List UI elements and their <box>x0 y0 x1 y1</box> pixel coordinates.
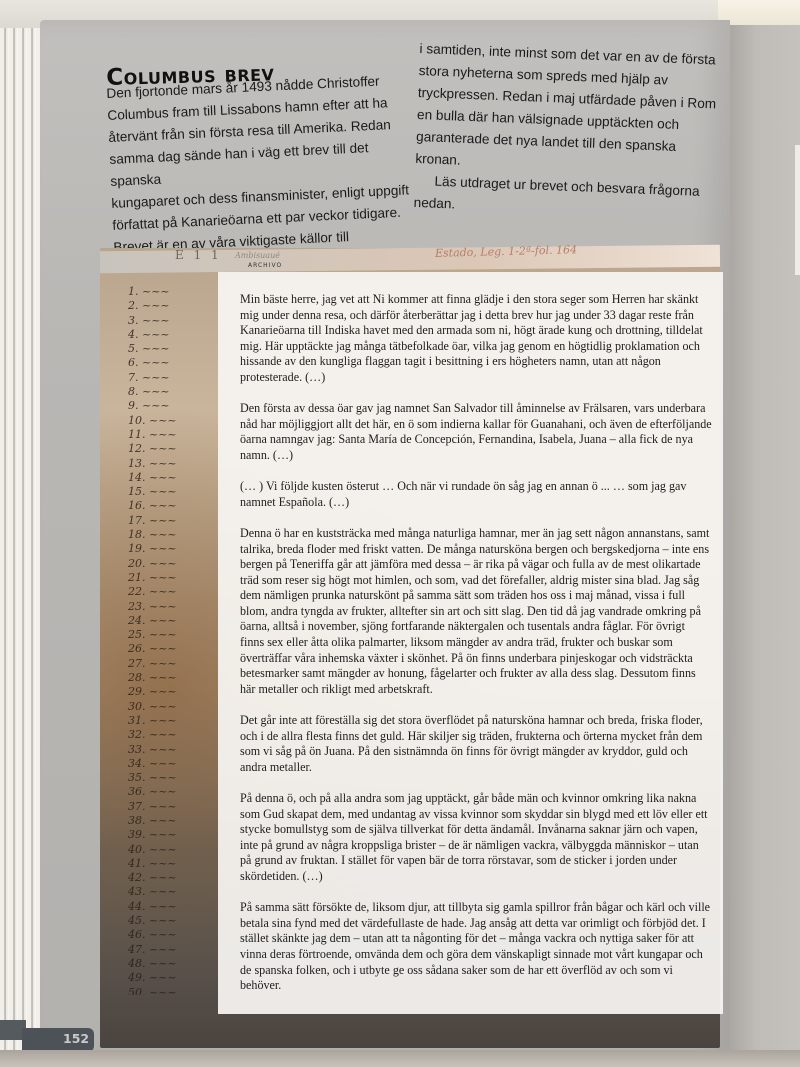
manuscript-line-number: 1. ~~~ <box>128 285 218 299</box>
manuscript-line-number: 21. ~~~ <box>128 571 218 585</box>
manuscript-line-number: 47. ~~~ <box>128 943 218 957</box>
manuscript-line-number: 32. ~~~ <box>128 728 218 742</box>
manuscript-line-number: 46. ~~~ <box>128 928 218 942</box>
manuscript-line-number: 29. ~~~ <box>128 685 218 699</box>
manuscript-line-number: 33. ~~~ <box>128 743 218 757</box>
facing-page-box <box>795 145 800 275</box>
manuscript-line-number: 13. ~~~ <box>128 457 218 471</box>
intro-column-right: i samtiden, inte minst som det var en av… <box>413 38 720 225</box>
letter-translation: Min bäste herre, jag vet att Ni kommer a… <box>240 292 712 1009</box>
manuscript-line-number: 31. ~~~ <box>128 714 218 728</box>
manuscript-line-number: 30. ~~~ <box>128 700 218 714</box>
archive-mark: E 1 1 <box>175 248 222 262</box>
manuscript-line-number: 3. ~~~ <box>128 314 218 328</box>
manuscript-line-number: 35. ~~~ <box>128 771 218 785</box>
manuscript-line-number: 11. ~~~ <box>128 428 218 442</box>
manuscript-line-number: 24. ~~~ <box>128 614 218 628</box>
manuscript-line-number: 15. ~~~ <box>128 485 218 499</box>
manuscript-line-number: 9. ~~~ <box>128 399 218 413</box>
manuscript-line-number: 14. ~~~ <box>128 471 218 485</box>
manuscript-line-number: 6. ~~~ <box>128 356 218 370</box>
manuscript-line-number: 49. ~~~ <box>128 971 218 985</box>
manuscript-handwriting: 1. ~~~2. ~~~3. ~~~4. ~~~5. ~~~6. ~~~7. ~… <box>128 285 218 995</box>
manuscript-line-number: 18. ~~~ <box>128 528 218 542</box>
letter-paragraph: På samma sätt försökte de, liksom djur, … <box>240 900 712 994</box>
manuscript-line-number: 28. ~~~ <box>128 671 218 685</box>
manuscript-line-number: 17. ~~~ <box>128 514 218 528</box>
manuscript-line-number: 34. ~~~ <box>128 757 218 771</box>
manuscript-line-number: 27. ~~~ <box>128 657 218 671</box>
manuscript-line-number: 41. ~~~ <box>128 857 218 871</box>
manuscript-line-number: 16. ~~~ <box>128 499 218 513</box>
archive-signature: Ambisuaué <box>235 251 280 260</box>
manuscript-line-number: 5. ~~~ <box>128 342 218 356</box>
manuscript-line-number: 38. ~~~ <box>128 814 218 828</box>
manuscript-line-number: 10. ~~~ <box>128 414 218 428</box>
manuscript-line-number: 2. ~~~ <box>128 299 218 313</box>
letter-paragraph: Denna ö har en kuststräcka med många nat… <box>240 526 712 698</box>
manuscript-line-number: 40. ~~~ <box>128 843 218 857</box>
manuscript-line-number: 19. ~~~ <box>128 542 218 556</box>
page-number: 152 <box>63 1031 89 1046</box>
manuscript-line-number: 43. ~~~ <box>128 885 218 899</box>
facing-page <box>728 25 800 1067</box>
manuscript-line-number: 44. ~~~ <box>128 900 218 914</box>
manuscript-line-number: 23. ~~~ <box>128 600 218 614</box>
manuscript-line-number: 26. ~~~ <box>128 642 218 656</box>
manuscript-line-number: 12. ~~~ <box>128 442 218 456</box>
letter-paragraph: Min bäste herre, jag vet att Ni kommer a… <box>240 292 712 386</box>
manuscript-line-number: 50. ~~~ <box>128 986 218 995</box>
manuscript-line-number: 8. ~~~ <box>128 385 218 399</box>
manuscript-line-number: 42. ~~~ <box>128 871 218 885</box>
manuscript-line-number: 7. ~~~ <box>128 371 218 385</box>
book-page-edges <box>0 28 42 1067</box>
manuscript-line-number: 4. ~~~ <box>128 328 218 342</box>
letter-paragraph: Det går inte att föreställa sig det stor… <box>240 713 712 775</box>
manuscript-line-number: 20. ~~~ <box>128 557 218 571</box>
letter-paragraph: På denna ö, och på alla andra som jag up… <box>240 791 712 885</box>
manuscript-line-number: 39. ~~~ <box>128 828 218 842</box>
archive-stamp: ARCHIVO <box>248 262 282 269</box>
manuscript-line-number: 25. ~~~ <box>128 628 218 642</box>
manuscript-line-number: 36. ~~~ <box>128 785 218 799</box>
manuscript-line-number: 37. ~~~ <box>128 800 218 814</box>
letter-paragraph: (… ) Vi följde kusten österut … Och när … <box>240 479 712 510</box>
manuscript-line-number: 22. ~~~ <box>128 585 218 599</box>
bottom-shadow <box>0 1050 800 1067</box>
letter-paragraph: Den första av dessa öar gav jag namnet S… <box>240 401 712 463</box>
manuscript-line-number: 48. ~~~ <box>128 957 218 971</box>
manuscript-line-number: 45. ~~~ <box>128 914 218 928</box>
